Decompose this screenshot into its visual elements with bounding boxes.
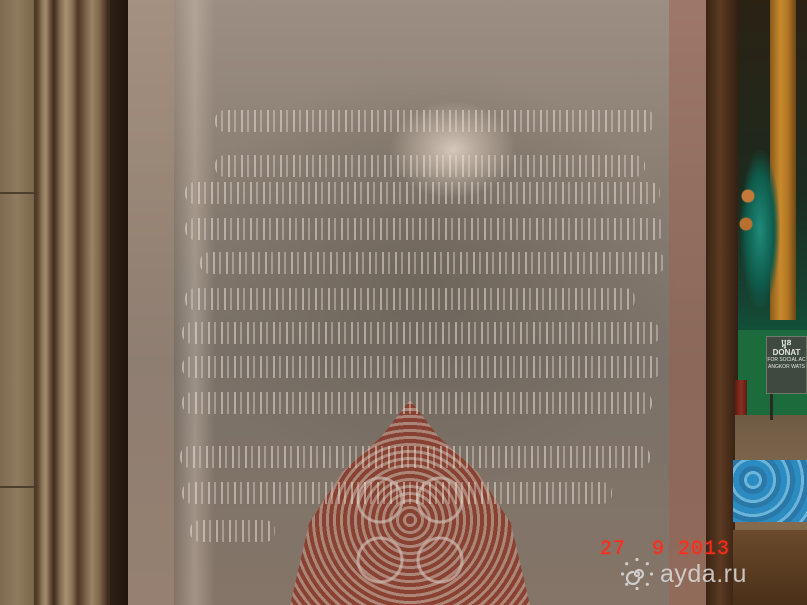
inscription-line bbox=[215, 110, 655, 132]
stone-block-seam bbox=[0, 192, 38, 194]
sign-line-1: FOR SOCIAL AC bbox=[767, 357, 806, 364]
watermark: ayda.ru bbox=[620, 554, 747, 594]
inscription-line bbox=[182, 322, 660, 344]
flower-offerings bbox=[738, 175, 758, 245]
inscription-line bbox=[200, 252, 665, 274]
inscription-line bbox=[182, 392, 652, 414]
inscription-line bbox=[182, 356, 662, 378]
inscription-line bbox=[215, 155, 645, 177]
sign-line-2: ANGKOR WATS bbox=[767, 364, 806, 371]
inscription-line bbox=[185, 218, 665, 240]
inscription-line bbox=[182, 482, 612, 504]
donation-sign: ប្អូន DONAT FOR SOCIAL AC ANGKOR WATS bbox=[766, 336, 807, 394]
sun-spiral-icon bbox=[620, 557, 654, 591]
inscription-line bbox=[185, 182, 660, 204]
inscription-line bbox=[180, 446, 650, 468]
sign-stand bbox=[770, 394, 773, 420]
inscription-line bbox=[185, 288, 635, 310]
stone-block-seam bbox=[0, 486, 38, 488]
photo-scene: ប្អូន DONAT FOR SOCIAL AC ANGKOR WATS 27… bbox=[0, 0, 807, 605]
sign-khmer-heading: ប្អូន bbox=[767, 339, 806, 347]
watermark-text: ayda.ru bbox=[660, 560, 747, 589]
inscription-line bbox=[190, 520, 275, 542]
blue-patterned-rug bbox=[733, 460, 807, 522]
sign-title: DONAT bbox=[767, 349, 806, 357]
